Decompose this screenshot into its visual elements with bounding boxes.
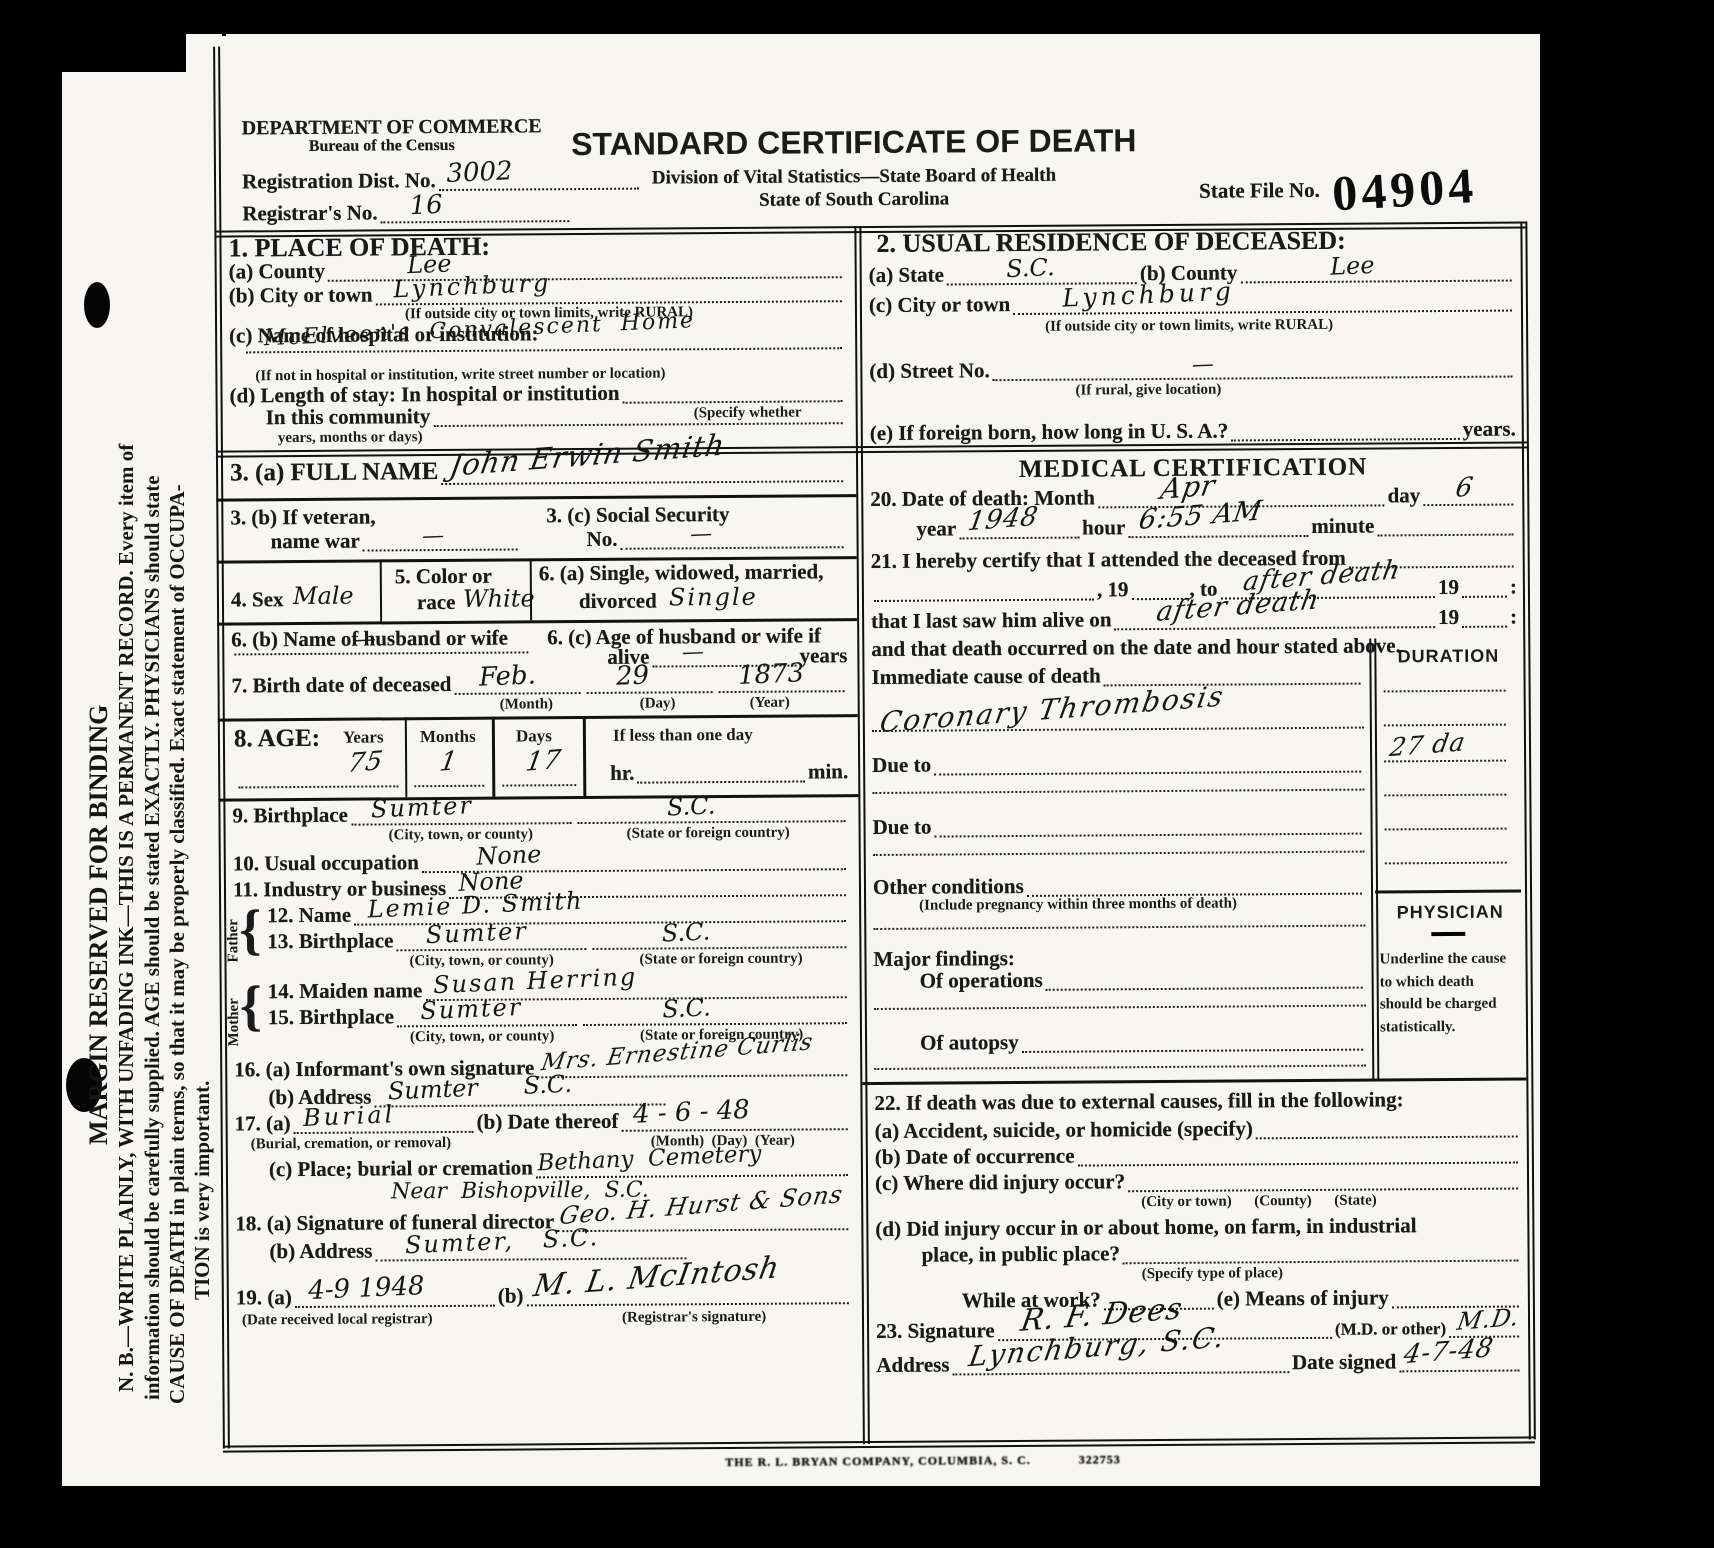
registration-district-label: Registration Dist. No.	[242, 169, 436, 192]
cause-row: Immediate cause of death	[871, 663, 1363, 688]
bureau-name: Bureau of the Census	[242, 137, 522, 156]
birthplace-state-hint: (State or foreign country)	[627, 825, 790, 843]
scan-tick-mark	[222, 8, 226, 36]
veteran-row: name war —	[270, 528, 520, 552]
death-hour-line: 6:55 AM	[1128, 530, 1308, 538]
due2-line	[935, 828, 1362, 838]
duration-sidebar-divider	[1369, 638, 1379, 1078]
registrar-b-label: (b)	[498, 1284, 524, 1306]
father-name-label: 12. Name	[267, 904, 351, 927]
spouse-row: —	[231, 646, 531, 655]
registrar-received-row: 19. (a) 4-9 1948 (b) M. L. McIntosh	[236, 1282, 852, 1308]
certify-19b-line	[1462, 591, 1507, 598]
burial-place-row: (c) Place; burial or cremation Bethany C…	[269, 1154, 851, 1180]
sex-label: 4. Sex	[231, 588, 284, 610]
residence-foreign-label: (e) If foreign born, how long in U. S. A…	[870, 420, 1229, 445]
pod-city-value: Lynchburg	[392, 269, 551, 304]
margin-binding-note: MARGIN RESERVED FOR BINDING	[84, 705, 114, 1145]
residence-foreign-row: (e) If foreign born, how long in U. S. A…	[870, 418, 1516, 445]
residence-street-label: (d) Street No.	[869, 359, 989, 382]
duration-line-3	[1384, 760, 1506, 763]
pod-community-row: In this community	[266, 402, 846, 428]
burial-date-value: 4 - 6 - 48	[632, 1095, 750, 1130]
funeral-address-label: (b) Address	[269, 1240, 372, 1263]
duration-line-1	[1384, 690, 1506, 693]
spouse-value: —	[353, 627, 376, 653]
death-day-label: day	[1387, 484, 1420, 506]
lastsaw-19-line	[1462, 621, 1507, 628]
birthplace-state-line: S.C.	[577, 815, 846, 824]
registrar-date-value: 4-9 1948	[308, 1271, 425, 1306]
age-years-line	[238, 785, 398, 788]
residence-street-row: (d) Street No. —	[869, 356, 1515, 383]
birth-month-line: Feb.	[454, 687, 580, 695]
autopsy-line	[1022, 1044, 1363, 1053]
other-conditions-hint: (Include pregnancy within three months o…	[919, 895, 1237, 914]
state-name: State of South Carolina	[544, 188, 1164, 212]
mother-bp-state: S.C.	[662, 994, 711, 1024]
certify-row: 21. I hereby certify that I attended the…	[871, 546, 1517, 573]
age-months-line	[414, 785, 484, 787]
accident-label: (a) Accident, suicide, or homicide (spec…	[875, 1117, 1253, 1142]
date-signed-line: 4-7-48	[1399, 1365, 1519, 1373]
informant-address-line: Sumter S.C.	[374, 1099, 665, 1108]
race-label2: race	[417, 591, 456, 613]
certificate-form: DEPARTMENT OF COMMERCE Bureau of the Cen…	[213, 37, 1535, 1454]
spouse-age-value: —	[681, 639, 704, 665]
injury-where-line	[1128, 1183, 1518, 1193]
age-days-value: 17	[524, 745, 564, 778]
certificate-title: STANDARD CERTIFICATE OF DEATH	[544, 122, 1164, 163]
registrar-number-label: Registrar's No.	[242, 201, 377, 224]
means-of-injury-label: (e) Means of injury	[1217, 1286, 1389, 1309]
other-conditions-row: Other conditions	[873, 873, 1365, 898]
funeral-address-row: (b) Address Sumter, S.C.	[269, 1237, 689, 1262]
due2-row: Due to	[872, 813, 1364, 838]
occurrence-date-label: (b) Date of occurrence	[875, 1145, 1075, 1168]
residence-city-value: Lynchburg	[1062, 277, 1236, 313]
state-file-label: State File No.	[1199, 179, 1320, 202]
injury-where-hint: (City or town) (County) (State)	[1141, 1193, 1377, 1212]
mother-birthplace-row: 15. Birthplace Sumter S.C.	[268, 1002, 850, 1028]
lastsaw-colon: :	[1510, 606, 1517, 628]
birth-month-value: Feb.	[478, 660, 536, 692]
day-hint: (Day)	[640, 695, 676, 712]
residence-city-line: Lynchburg	[1013, 305, 1512, 315]
death-minute-label: minute	[1311, 515, 1374, 537]
injury-home-label2: place, in public place?	[921, 1242, 1120, 1265]
father-bp-state: S.C.	[661, 918, 710, 948]
veteran-value: —	[422, 523, 445, 549]
operations-line2	[874, 1005, 1366, 1010]
rule-under-name	[216, 494, 856, 501]
occurrence-date-row: (b) Date of occurrence	[875, 1141, 1521, 1168]
death-minute-line	[1377, 529, 1513, 537]
father-birthplace-row: 13. Birthplace Sumter S.C.	[267, 926, 849, 952]
registrar-num-label: 19. (a)	[236, 1286, 292, 1308]
age-less-label: If less than one day	[613, 725, 753, 746]
residence-city-row: (c) City or town Lynchburg	[869, 290, 1515, 317]
full-name-line: John Erwin Smith	[441, 475, 843, 485]
operations-label: Of operations	[920, 969, 1043, 992]
mother-bp-state-line: S.C.	[583, 1017, 847, 1026]
birthplace-value: Sumter	[370, 791, 473, 823]
pod-city-label: (b) City or town	[229, 283, 373, 306]
burial-num-label: 17. (a)	[235, 1112, 291, 1134]
funeral-director-line: Geo. H. Hurst & Sons	[557, 1223, 848, 1232]
scan-tick-mark	[230, 8, 233, 28]
due1-line	[934, 766, 1361, 776]
findings-label: Major findings:	[873, 947, 1015, 970]
residence-state-label: (a) State	[869, 264, 944, 287]
physician-note: Underline the cause to which death shoul…	[1379, 948, 1518, 1039]
residence-state-value: S.C.	[1006, 253, 1055, 283]
date-signed-value: 4-7-48	[1401, 1333, 1496, 1370]
father-name-row: 12. Name Lemie D. Smith	[267, 900, 849, 926]
father-bp-state-line: S.C.	[592, 941, 846, 950]
duration-line-2	[1384, 724, 1506, 727]
md-or-other-hint: (M.D. or other)	[1335, 1320, 1446, 1339]
occupation-label: 10. Usual occupation	[233, 851, 419, 874]
physician-address-row: Address Lynchburg, S.C. Date signed 4-7-…	[876, 1349, 1522, 1376]
pod-stay-label: (d) Length of stay: In hospital or insti…	[229, 382, 619, 407]
birthplace-line: Sumter	[351, 817, 571, 826]
burial-row: 17. (a) Burial (b) Date thereof 4 - 6 - …	[235, 1108, 851, 1134]
residence-foreign-suffix: years.	[1463, 418, 1516, 440]
residence-county-value: Lee	[1329, 251, 1374, 281]
pod-hospital-row: McElveen's Convalescent Home	[243, 342, 845, 353]
age-months-value: 1	[438, 746, 461, 778]
division-subtitle: Division of Vital Statistics—State Board…	[544, 165, 1164, 189]
burial-date-label: (b) Date thereof	[477, 1110, 619, 1133]
age-hr-label: hr.	[610, 762, 634, 784]
father-bp-label: 13. Birthplace	[267, 929, 393, 952]
operations-row: Of operations	[920, 967, 1366, 992]
physician-address-line: Lynchburg, S.C.	[952, 1366, 1288, 1375]
rule-above-external	[862, 1077, 1526, 1085]
autopsy-row: Of autopsy	[920, 1029, 1366, 1054]
father-brace: {	[239, 898, 262, 962]
lastsaw-19-label: 19	[1438, 606, 1459, 628]
burial-place-line: Bethany Cemetery	[536, 1169, 848, 1178]
occurrence-date-line	[1078, 1157, 1518, 1167]
age-days-label: Days	[516, 726, 552, 746]
residence-street-hint: (If rural, give location)	[1075, 382, 1221, 400]
sex-value: Male	[293, 582, 354, 610]
ssn-line: —	[620, 541, 843, 550]
year-hint: (Year)	[750, 695, 790, 712]
mother-bp-value: Sumter	[420, 993, 523, 1025]
duration-line-6	[1385, 862, 1507, 865]
full-name-label: 3. (a) FULL NAME	[230, 459, 439, 487]
margin-note-line2: information should be carefully supplied…	[140, 475, 165, 1400]
burial-type-hint: (Burial, cremation, or removal)	[251, 1135, 452, 1153]
injury-home-hint: (Specify type of place)	[1142, 1265, 1283, 1283]
scan-edge-top	[0, 0, 1714, 34]
month-hint: (Month)	[500, 696, 553, 713]
other-conditions-line2	[873, 925, 1365, 930]
pod-community-label: In this community	[266, 405, 431, 428]
registrar-sig-hint: (Registrar's signature)	[622, 1309, 766, 1327]
state-file-number-stamp: 04904	[1331, 156, 1479, 222]
residence-city-label: (c) City or town	[869, 293, 1010, 316]
burial-type-value: Burial	[303, 1100, 396, 1132]
mother-city-hint: (City, town, or county)	[410, 1028, 554, 1046]
mother-name-row: 14. Maiden name Susan Herring	[268, 976, 850, 1002]
certify-colon: :	[1510, 576, 1517, 598]
birth-day-line: 29	[587, 686, 713, 694]
duration-bottom-rule	[1375, 889, 1521, 893]
physician-dash	[1431, 932, 1465, 936]
injury-where-label: (c) Where did injury occur?	[875, 1170, 1125, 1194]
occurred-label: and that death occurred on the date and …	[871, 634, 1401, 660]
injury-where-row: (c) Where did injury occur?	[875, 1167, 1521, 1194]
death-year-line: 1948	[959, 532, 1079, 540]
duration-heading: DURATION	[1373, 645, 1523, 667]
father-state-hint: (State or foreign country)	[639, 951, 802, 969]
veteran-label2: name war	[270, 530, 359, 553]
due1-label: Due to	[872, 754, 931, 776]
birth-year-value: 1873	[737, 658, 804, 691]
burial-type-line: Burial	[294, 1126, 474, 1134]
burial-date-line: 4 - 6 - 48	[622, 1123, 848, 1132]
pod-city-row: (b) City or town Lynchburg	[229, 280, 845, 306]
registrar-sig-line: M. L. McIntosh	[527, 1297, 849, 1306]
death-certificate-scan: MARGIN RESERVED FOR BINDING N. B.—WRITE …	[0, 0, 1714, 1548]
ssn-value: —	[689, 521, 712, 547]
accident-line	[1256, 1131, 1518, 1140]
birth-day-value: 29	[615, 660, 649, 691]
due1-line2	[872, 789, 1364, 794]
race-value: White	[463, 584, 535, 612]
registrar-date-line: 4-9 1948	[295, 1300, 495, 1308]
death-hour-label: hour	[1082, 516, 1125, 538]
residence-foreign-line	[1231, 433, 1460, 442]
mother-bp-line: Sumter	[397, 1019, 577, 1027]
age-divider-3	[583, 716, 587, 796]
age-hr-line	[638, 776, 805, 784]
occupation-row: 10. Usual occupation None	[233, 848, 849, 874]
margin-note-line3: CAUSE OF DEATH in plain terms, so that i…	[165, 484, 190, 1404]
pod-community-hint: years, months or days)	[278, 429, 423, 447]
informant-line: Mrs. Ernestine Curlis	[537, 1069, 847, 1078]
age-divider-1	[405, 717, 408, 797]
department-name: DEPARTMENT OF COMMERCE	[242, 116, 522, 139]
due2-line2	[873, 851, 1365, 856]
residence-street-value: —	[1192, 352, 1215, 378]
certify-blank-line	[874, 594, 1094, 603]
mother-bp-label: 15. Birthplace	[268, 1005, 394, 1028]
injury-home-line	[1123, 1255, 1519, 1265]
registration-district-value: 3002	[446, 156, 513, 189]
burial-place-value: Bethany Cemetery	[537, 1141, 762, 1176]
scan-corner-top-left	[0, 0, 186, 72]
veteran-label: 3. (b) If veteran,	[230, 505, 375, 528]
father-bp-line: Sumter	[396, 943, 586, 951]
scan-edge-bottom	[0, 1486, 1714, 1548]
birth-year-line: 1873	[719, 685, 845, 693]
due1-row: Due to	[872, 751, 1364, 776]
mother-name-label: 14. Maiden name	[268, 979, 423, 1002]
duration-value: 27 da	[1388, 727, 1468, 762]
age-months-label: Months	[420, 727, 476, 747]
burial-place-label: (c) Place; burial or cremation	[269, 1156, 533, 1180]
pod-county-label: (a) County	[229, 260, 325, 283]
md-value: M.D.	[1455, 1303, 1522, 1336]
due2-label: Due to	[872, 816, 931, 838]
age-years-label: Years	[343, 727, 384, 747]
scan-edge-right	[1540, 0, 1714, 1548]
duration-line-4	[1384, 794, 1506, 797]
age-divider-2	[492, 717, 496, 797]
certify-19a-label: , 19	[1097, 578, 1129, 600]
age-hr-min-row: hr. min.	[610, 760, 848, 784]
death-year-label: year	[916, 517, 956, 539]
margin-note-line1: N. B.—WRITE PLAINLY, WITH UNFADING INK—T…	[114, 444, 139, 1392]
marital-label2: divorced	[579, 590, 657, 613]
injury-home-row2: place, in public place?	[921, 1239, 1521, 1265]
residence-city-hint: (If outside city or town limits, write R…	[1045, 317, 1333, 336]
margin-note-line4: TION is very important.	[190, 1081, 215, 1300]
age-min-label: min.	[808, 760, 848, 782]
sex-race-divider	[380, 559, 382, 621]
residence-heading: 2. USUAL RESIDENCE OF DECEASED:	[876, 227, 1345, 258]
physician-heading: PHYSICIAN	[1375, 901, 1525, 923]
printer-name: THE R. L. BRYAN COMPANY, COLUMBIA, S. C.	[725, 1453, 1031, 1469]
mother-brace: {	[240, 974, 263, 1038]
birthplace-state-value: S.C.	[666, 791, 715, 821]
lastsaw-line: after death	[1115, 621, 1436, 630]
residence-street-line: —	[993, 371, 1513, 382]
marital-label1: 6. (a) Single, widowed, married,	[539, 560, 824, 584]
age-years-value: 75	[346, 746, 386, 779]
birthdate-row: 7. Birth date of deceased Feb. 29 1873	[231, 670, 847, 696]
birthdate-label: 7. Birth date of deceased	[231, 673, 451, 697]
other-conditions-label: Other conditions	[873, 875, 1024, 898]
certify-19b-label: 19	[1438, 576, 1459, 598]
death-year-value: 1948	[965, 502, 1040, 538]
veteran-line: —	[363, 544, 518, 552]
death-day-line: 6	[1423, 499, 1513, 507]
age-heading: 8. AGE:	[234, 726, 320, 753]
rule-under-birthdate	[218, 714, 858, 721]
pod-hospital-line: McElveen's Convalescent Home	[246, 342, 842, 353]
birthplace-label: 9. Birthplace	[232, 804, 348, 827]
date-signed-label: Date signed	[1292, 1350, 1397, 1373]
spouse-age-suffix: years	[799, 644, 847, 666]
father-bp-value: Sumter	[425, 917, 528, 949]
lastsaw-label: that I last saw him alive on	[871, 608, 1112, 632]
residence-county-line: Lee	[1240, 275, 1511, 284]
ssn-label2: No.	[586, 528, 617, 550]
accident-row: (a) Accident, suicide, or homicide (spec…	[875, 1115, 1521, 1142]
physician-address-label: Address	[876, 1353, 949, 1376]
registrar-number-value: 16	[409, 190, 443, 221]
agency-block: DEPARTMENT OF COMMERCE Bureau of the Cen…	[242, 116, 522, 156]
autopsy-label: Of autopsy	[920, 1031, 1019, 1054]
pod-community-line	[433, 417, 843, 427]
registrar-date-hint: (Date received local registrar)	[242, 1311, 433, 1329]
registrar-number-line: 16	[381, 215, 570, 223]
ssn-row: No. —	[586, 526, 846, 550]
autopsy-line2	[874, 1065, 1366, 1070]
injury-home-label1: (d) Did injury occur in or about home, o…	[875, 1214, 1416, 1240]
external-heading: 22. If death was due to external causes,…	[874, 1088, 1403, 1114]
scan-edge-left	[0, 0, 62, 1548]
cause-label: Immediate cause of death	[871, 664, 1100, 688]
marital-value: Single	[669, 583, 758, 612]
lastsaw-row: that I last saw him alive on after death…	[871, 606, 1517, 633]
death-time-row: year 1948 hour 6:55 AM minute	[916, 514, 1516, 540]
full-name-value: John Erwin Smith	[447, 428, 728, 484]
birthplace-row: 9. Birthplace Sumter S.C.	[232, 800, 848, 826]
full-name-row: 3. (a) FULL NAME John Erwin Smith	[230, 456, 846, 487]
title-block: STANDARD CERTIFICATE OF DEATH Division o…	[544, 122, 1165, 212]
duration-line-5	[1385, 828, 1507, 831]
spouse-line: —	[234, 646, 528, 655]
registrar-number-row: Registrar's No. 16	[242, 200, 572, 224]
age-days-line	[502, 784, 576, 787]
operations-line	[1046, 982, 1363, 991]
binder-hole-top	[84, 282, 110, 328]
column-divider	[854, 226, 870, 1444]
printer-number: 322753	[1079, 1452, 1121, 1466]
